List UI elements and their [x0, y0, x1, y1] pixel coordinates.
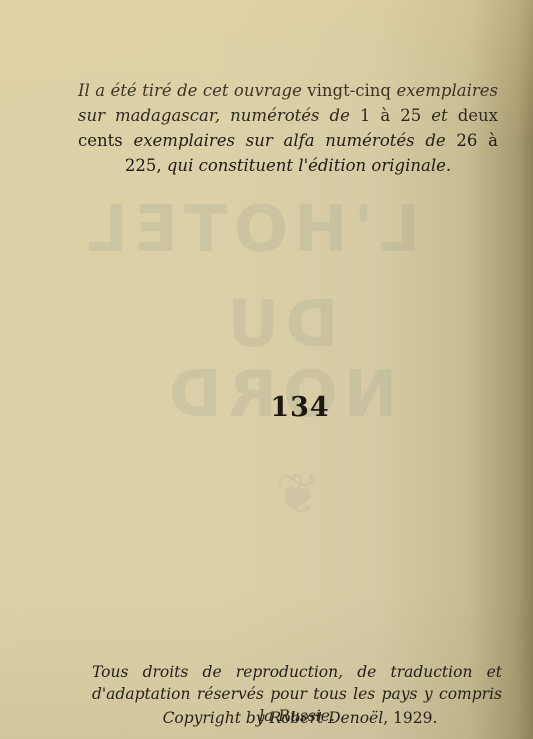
copyright-holder: Copyright by Robert Denoël [163, 709, 384, 727]
bleed-through-title-line1: L'HOTEL [140, 195, 420, 265]
justification-segment: qui constituent l'édition originale. [167, 156, 451, 175]
limitation-statement: Il a été tiré de cet ouvrage vingt-cinq … [78, 78, 498, 178]
justification-segment: Il a été tiré de cet ouvrage [78, 81, 302, 100]
justification-segment: vingt-cinq [302, 81, 397, 100]
justification-segment: et [431, 106, 447, 125]
copyright-line: Copyright by Robert Denoël, 1929. [0, 707, 533, 729]
justification-segment: exemplaires sur alfa numérotés de [133, 131, 445, 150]
book-page: L'HOTEL DU NORD Il a été tiré de cet ouv… [0, 0, 533, 739]
publisher-emblem-icon: ❦ [268, 460, 328, 530]
copy-number: 134 [0, 392, 533, 423]
justification-segment: 1 à 25 [350, 106, 431, 125]
copyright-year: , 1929. [383, 709, 437, 727]
